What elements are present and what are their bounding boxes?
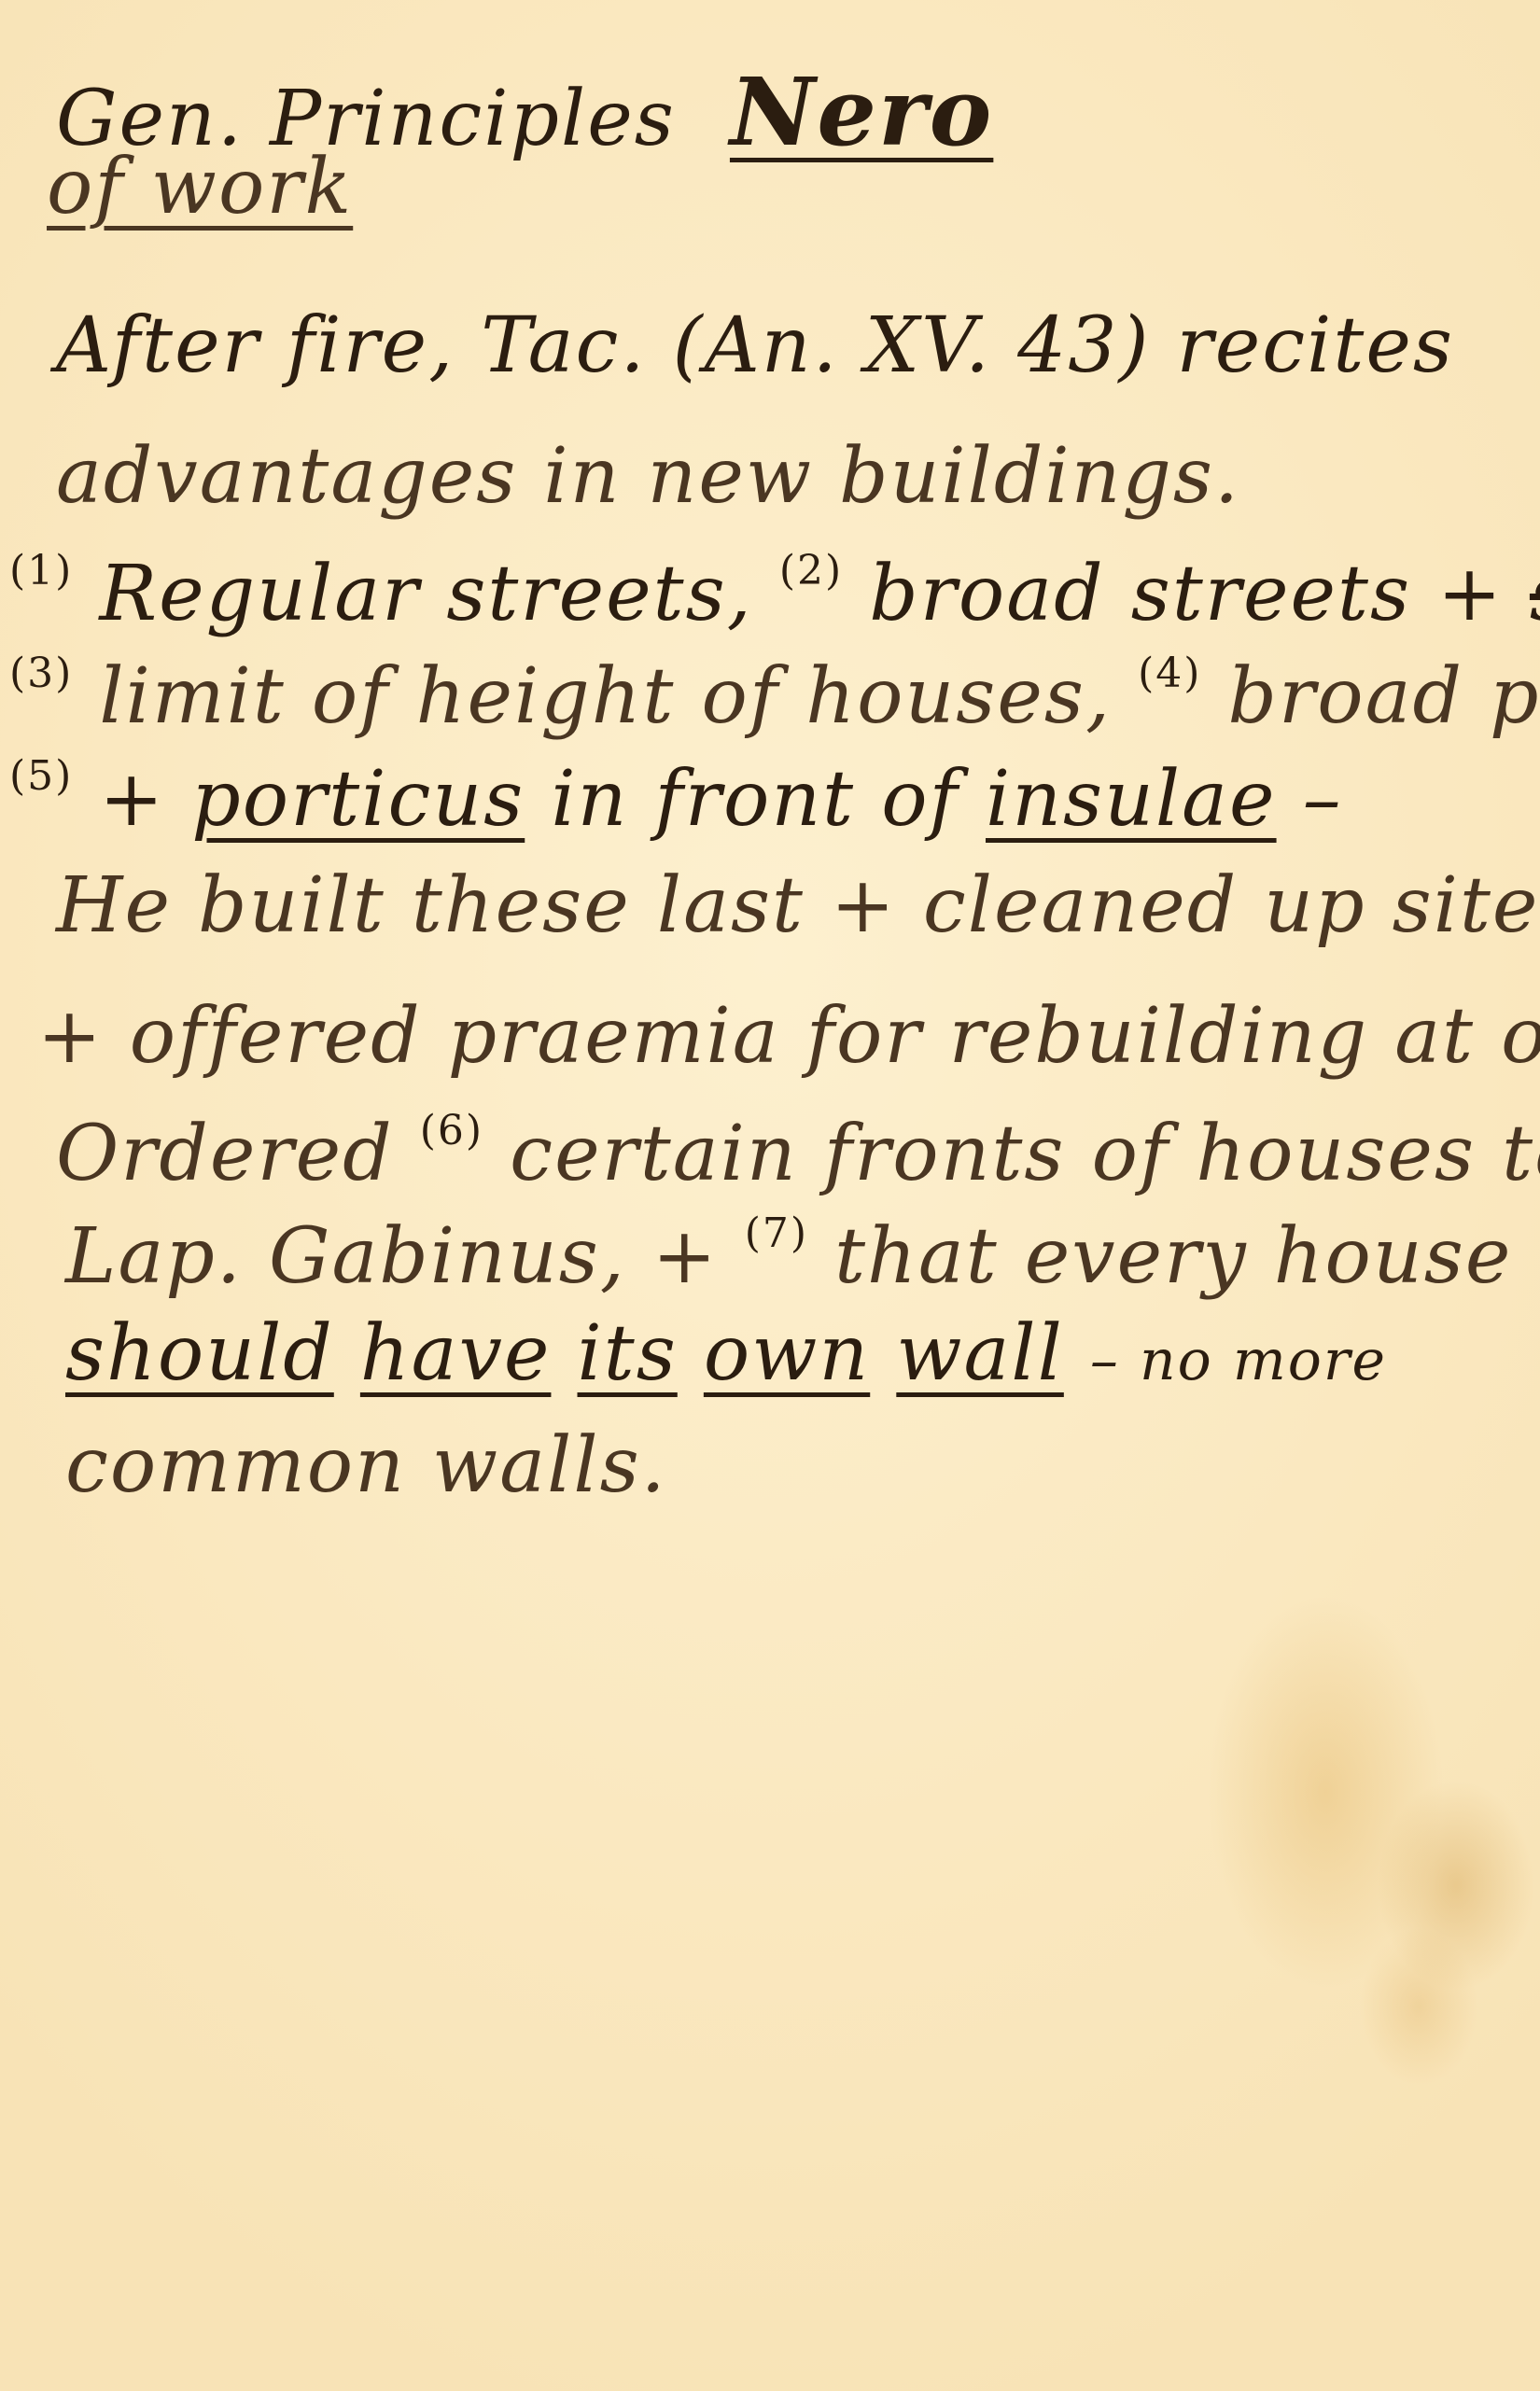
item-text: limit of height of houses, <box>99 652 1112 741</box>
item-number: (7) <box>745 1209 808 1257</box>
item-text-underlined: insulae <box>986 755 1277 844</box>
text-line-should: should have its own wall – no more <box>65 1316 1387 1392</box>
text-line-1: After fire, Tac. (An. XV. 43) recites <box>56 308 1454 385</box>
line-text: + offered praemia for rebuilding at once… <box>37 992 1540 1081</box>
text-line-built: He built these last + cleaned up sites <box>56 868 1540 944</box>
item-text: in front of <box>551 755 959 844</box>
line-text: Ordered <box>56 1110 394 1198</box>
text-line-ordered: Ordered (6) certain fronts of houses to … <box>56 1111 1540 1193</box>
item-text: broad streets + <box>869 550 1504 638</box>
item-text-underlined: porticus <box>191 755 525 844</box>
line-text-underlined: have <box>360 1309 552 1398</box>
heading-subject: Nero <box>730 57 993 167</box>
text-line-offered: + offered praemia for rebuilding at once… <box>37 999 1540 1075</box>
handwritten-note-card: Gen. Principles Nero of work After fire,… <box>0 0 1540 2391</box>
item-text: broad piazzas, <box>1228 652 1540 741</box>
line-text: – no more <box>1090 1328 1387 1393</box>
text-line-common: common walls. <box>65 1428 667 1504</box>
item-number: (5) <box>9 752 73 800</box>
item-text: – <box>1303 755 1343 844</box>
line-text: certain fronts of houses to be of <box>510 1110 1540 1198</box>
heading-subtitle: of work <box>47 143 353 231</box>
item-number: (6) <box>420 1107 483 1154</box>
struck-through-word: squares <box>1530 550 1540 638</box>
item-number: (3) <box>9 650 73 697</box>
item-number: (2) <box>779 547 843 594</box>
numbered-items-line-2: (3) limit of height of houses, (4) broad… <box>9 653 1540 735</box>
line-text: After fire, Tac. (An. XV. 43) recites <box>56 301 1454 390</box>
numbered-items-line-3: (5) + porticus in front of insulae – <box>9 756 1343 838</box>
line-text-underlined: should <box>65 1309 334 1398</box>
numbered-items-line-1: (1) Regular streets, (2) broad streets +… <box>9 551 1540 633</box>
line-text-underlined: its <box>578 1309 678 1398</box>
text-line-2: advantages in new buildings. <box>56 439 1240 515</box>
heading-subtitle-line: of work <box>47 149 353 226</box>
item-text: + <box>99 755 165 844</box>
line-text: advantages in new buildings. <box>56 432 1240 521</box>
line-text: that every house <box>834 1212 1512 1301</box>
line-text-underlined: wall <box>896 1309 1064 1398</box>
line-text: Lap. Gabinus <box>65 1212 600 1301</box>
line-text-underlined: own <box>704 1309 870 1398</box>
text-line-lap: Lap. Gabinus, + (7) that every house <box>65 1213 1512 1295</box>
item-number: (4) <box>1138 650 1201 697</box>
item-text: Regular streets, <box>99 550 752 638</box>
line-text: He built these last + cleaned up sites <box>56 861 1540 950</box>
item-number: (1) <box>9 547 73 594</box>
line-text: , + <box>600 1212 719 1301</box>
line-text: common walls. <box>65 1421 667 1510</box>
